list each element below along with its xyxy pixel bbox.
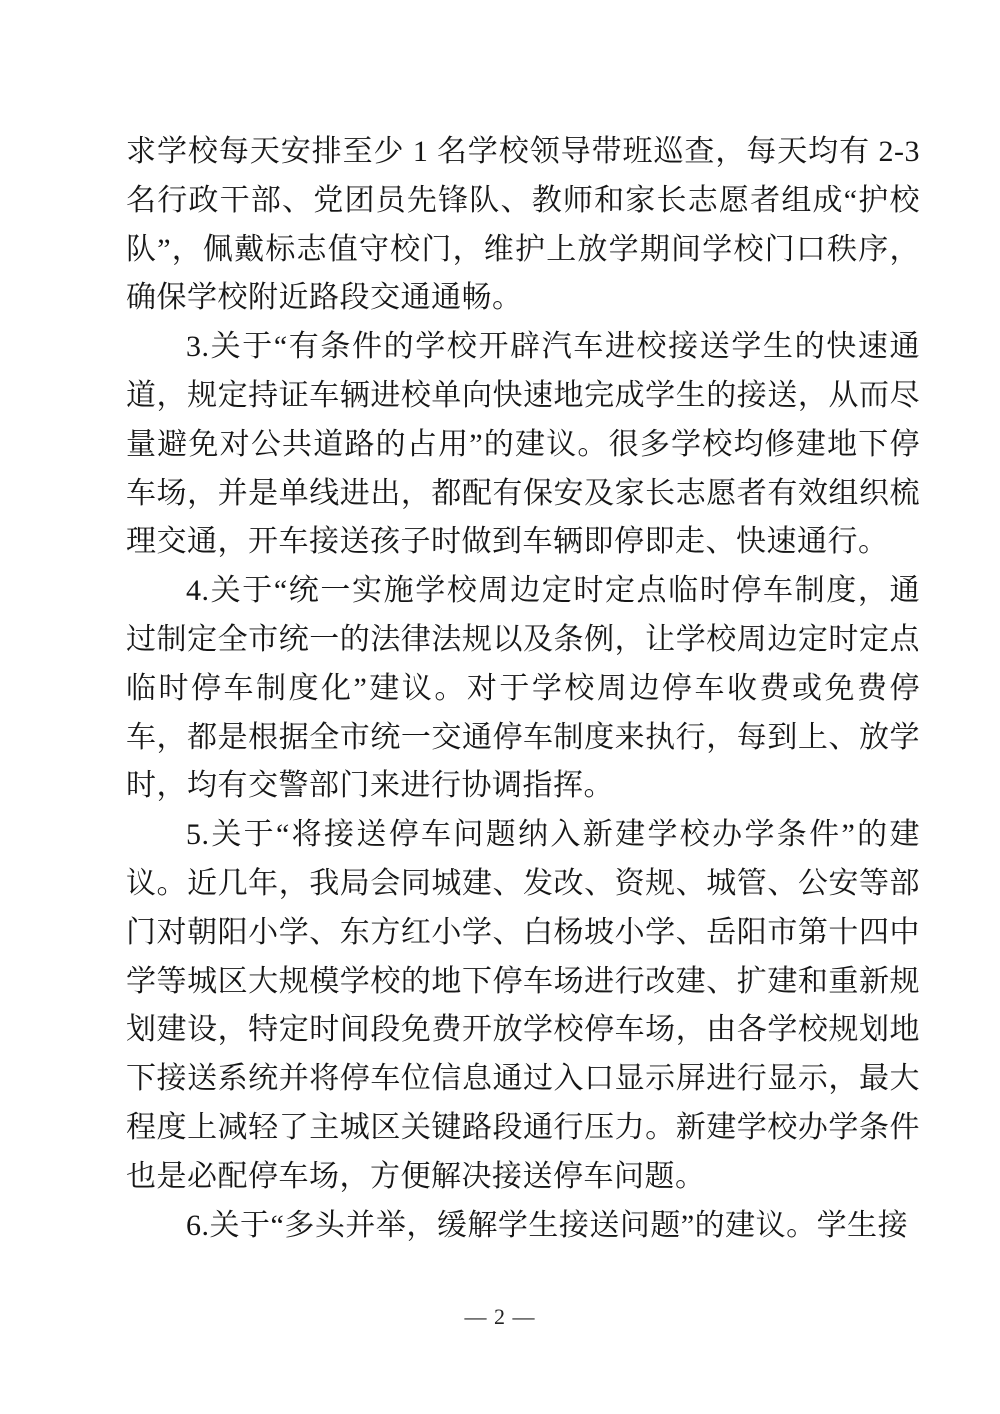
- paragraph-item-5: 5.关于“将接送停车问题纳入新建学校办学条件”的建议。近几年，我局会同城建、发改…: [126, 811, 920, 1201]
- paragraph-item-4: 4.关于“统一实施学校周边定时定点临时停车制度，通过制定全市统一的法律法规以及条…: [126, 567, 920, 811]
- paragraph-item-3: 3.关于“有条件的学校开辟汽车进校接送学生的快速通道，规定持证车辆进校单向快速地…: [126, 323, 920, 567]
- page-number: — 2 —: [0, 1302, 1000, 1332]
- document-body: 求学校每天安排至少 1 名学校领导带班巡查，每天均有 2-3 名行政干部、党团员…: [126, 128, 920, 1250]
- paragraph-continuation: 求学校每天安排至少 1 名学校领导带班巡查，每天均有 2-3 名行政干部、党团员…: [126, 128, 920, 323]
- document-page: 求学校每天安排至少 1 名学校领导带班巡查，每天均有 2-3 名行政干部、党团员…: [0, 0, 1000, 1414]
- paragraph-item-6: 6.关于“多头并举，缓解学生接送问题”的建议。学生接: [126, 1202, 920, 1251]
